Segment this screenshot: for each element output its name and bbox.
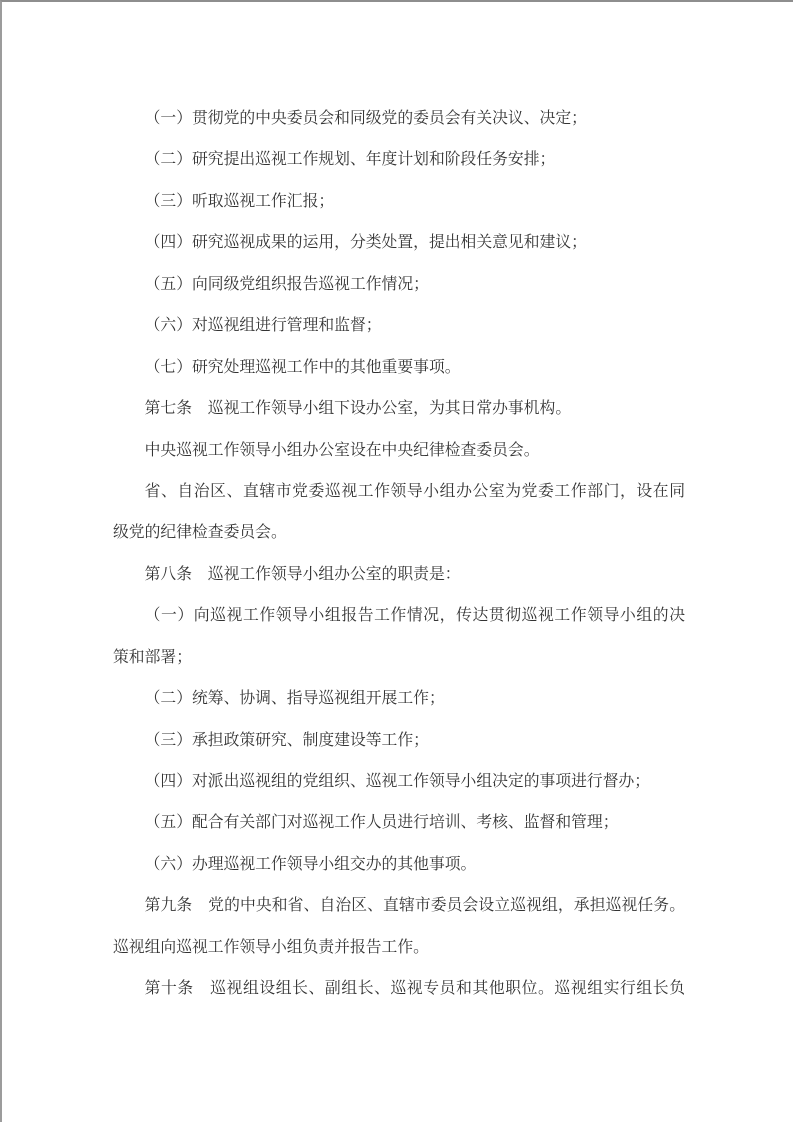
text-line: 策和部署； xyxy=(113,637,685,678)
text-line: （四）对派出巡视组的党组织、巡视工作领导小组决定的事项进行督办； xyxy=(113,761,685,802)
text-line: （六）办理巡视工作领导小组交办的其他事项。 xyxy=(113,844,685,885)
text-line: （五）向同级党组织报告巡视工作情况； xyxy=(113,264,685,305)
text-line: （一）贯彻党的中央委员会和同级党的委员会有关决议、决定； xyxy=(113,98,685,139)
text-line: （二）研究提出巡视工作规划、年度计划和阶段任务安排； xyxy=(113,139,685,180)
text-line: 中央巡视工作领导小组办公室设在中央纪律检查委员会。 xyxy=(113,430,685,471)
text-line: 省、自治区、直辖市党委巡视工作领导小组办公室为党委工作部门，设在同 xyxy=(113,471,685,512)
text-line: 第七条 巡视工作领导小组下设办公室，为其日常办事机构。 xyxy=(113,388,685,429)
document-body: （一）贯彻党的中央委员会和同级党的委员会有关决议、决定；（二）研究提出巡视工作规… xyxy=(113,98,685,1010)
text-line: （一）向巡视工作领导小组报告工作情况，传达贯彻巡视工作领导小组的决 xyxy=(113,595,685,636)
text-line: 第九条 党的中央和省、自治区、直辖市委员会设立巡视组，承担巡视任务。 xyxy=(113,885,685,926)
text-line: （三）听取巡视工作汇报； xyxy=(113,181,685,222)
text-line: 级党的纪律检查委员会。 xyxy=(113,512,685,553)
text-line: （七）研究处理巡视工作中的其他重要事项。 xyxy=(113,347,685,388)
text-line: （五）配合有关部门对巡视工作人员进行培训、考核、监督和管理； xyxy=(113,802,685,843)
text-line: （三）承担政策研究、制度建设等工作； xyxy=(113,720,685,761)
text-line: （四）研究巡视成果的运用，分类处置，提出相关意见和建议； xyxy=(113,222,685,263)
text-line: 第十条 巡视组设组长、副组长、巡视专员和其他职位。巡视组实行组长负 xyxy=(113,968,685,1009)
text-line: （二）统筹、协调、指导巡视组开展工作； xyxy=(113,678,685,719)
document-page: （一）贯彻党的中央委员会和同级党的委员会有关决议、决定；（二）研究提出巡视工作规… xyxy=(0,0,793,1122)
text-line: （六）对巡视组进行管理和监督； xyxy=(113,305,685,346)
text-line: 巡视组向巡视工作领导小组负责并报告工作。 xyxy=(113,927,685,968)
text-line: 第八条 巡视工作领导小组办公室的职责是： xyxy=(113,554,685,595)
